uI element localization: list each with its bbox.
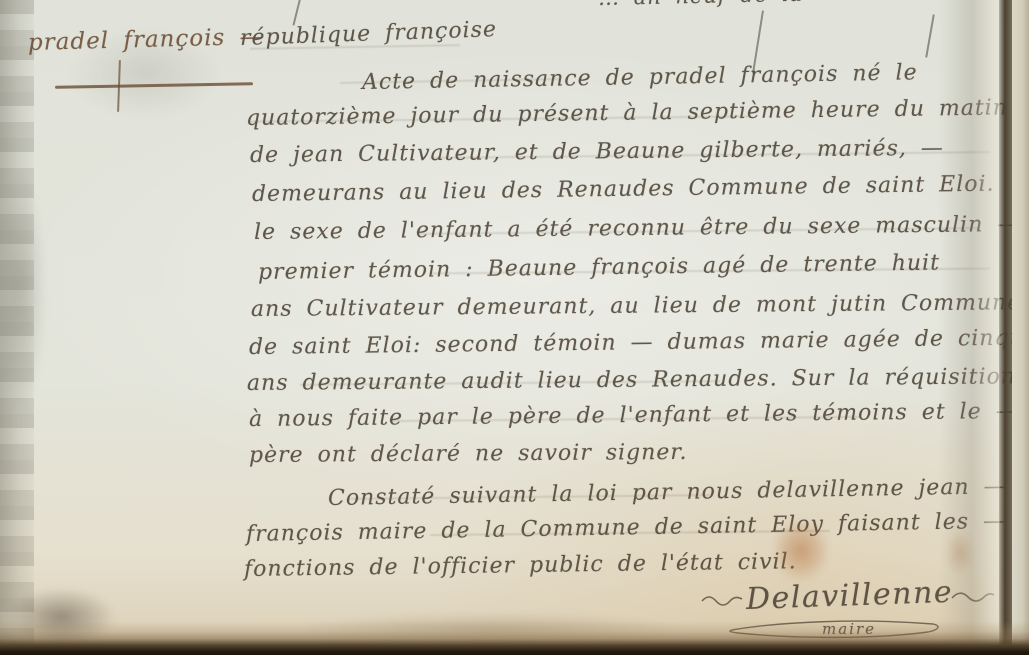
manuscript-line: Constaté suivant la loi par nous delavil… — [328, 474, 1007, 511]
pen-stroke — [292, 0, 301, 26]
margin-name: pradel françois — — [28, 24, 264, 56]
rust-stain — [772, 518, 830, 582]
page-right-shading — [938, 0, 1000, 655]
manuscript-line: fonctions de l'officier public de l'état… — [244, 549, 797, 582]
manuscript-scan: … an neuf de la — république françoise p… — [0, 0, 1029, 655]
previous-entry-fragment: … an neuf de la — — [598, 0, 839, 10]
manuscript-line: le sexe de l'enfant a été reconnu être d… — [254, 212, 1021, 245]
next-page-edge — [1012, 0, 1029, 655]
manuscript-line: ans Cultivateur demeurant, au lieu de mo… — [251, 290, 1021, 322]
manuscript-line: quatorzième jour du présent à la septièm… — [246, 95, 1029, 131]
pen-stroke — [925, 14, 935, 58]
page-left-edge — [0, 0, 34, 655]
signature-name: Delavillenne — [745, 575, 953, 617]
manuscript-line: premier témoin : Beaune françois agé de … — [258, 250, 940, 285]
manuscript-line: de saint Eloi: second témoin — dumas mar… — [249, 325, 1029, 360]
manuscript-line: ans demeurante audit lieu des Renaudes. … — [247, 364, 1016, 396]
manuscript-line: demeurans au lieu des Renaudes Commune d… — [252, 172, 995, 207]
manuscript-line: Acte de naissance de pradel françois né … — [362, 60, 918, 95]
manuscript-line: françois maire de la Commune de saint El… — [246, 509, 1006, 547]
manuscript-line: à nous faite par le père de l'enfant et … — [249, 399, 1019, 432]
manuscript-line: père ont déclaré ne savoir signer. — [249, 440, 688, 468]
manuscript-line: de jean Cultivateur, et de Beaune gilber… — [250, 136, 944, 168]
corner-smudge — [6, 588, 116, 646]
book-gutter-crease — [999, 0, 1012, 655]
book-bottom-edge — [0, 621, 1029, 655]
signature-flourish-left — [700, 592, 744, 608]
